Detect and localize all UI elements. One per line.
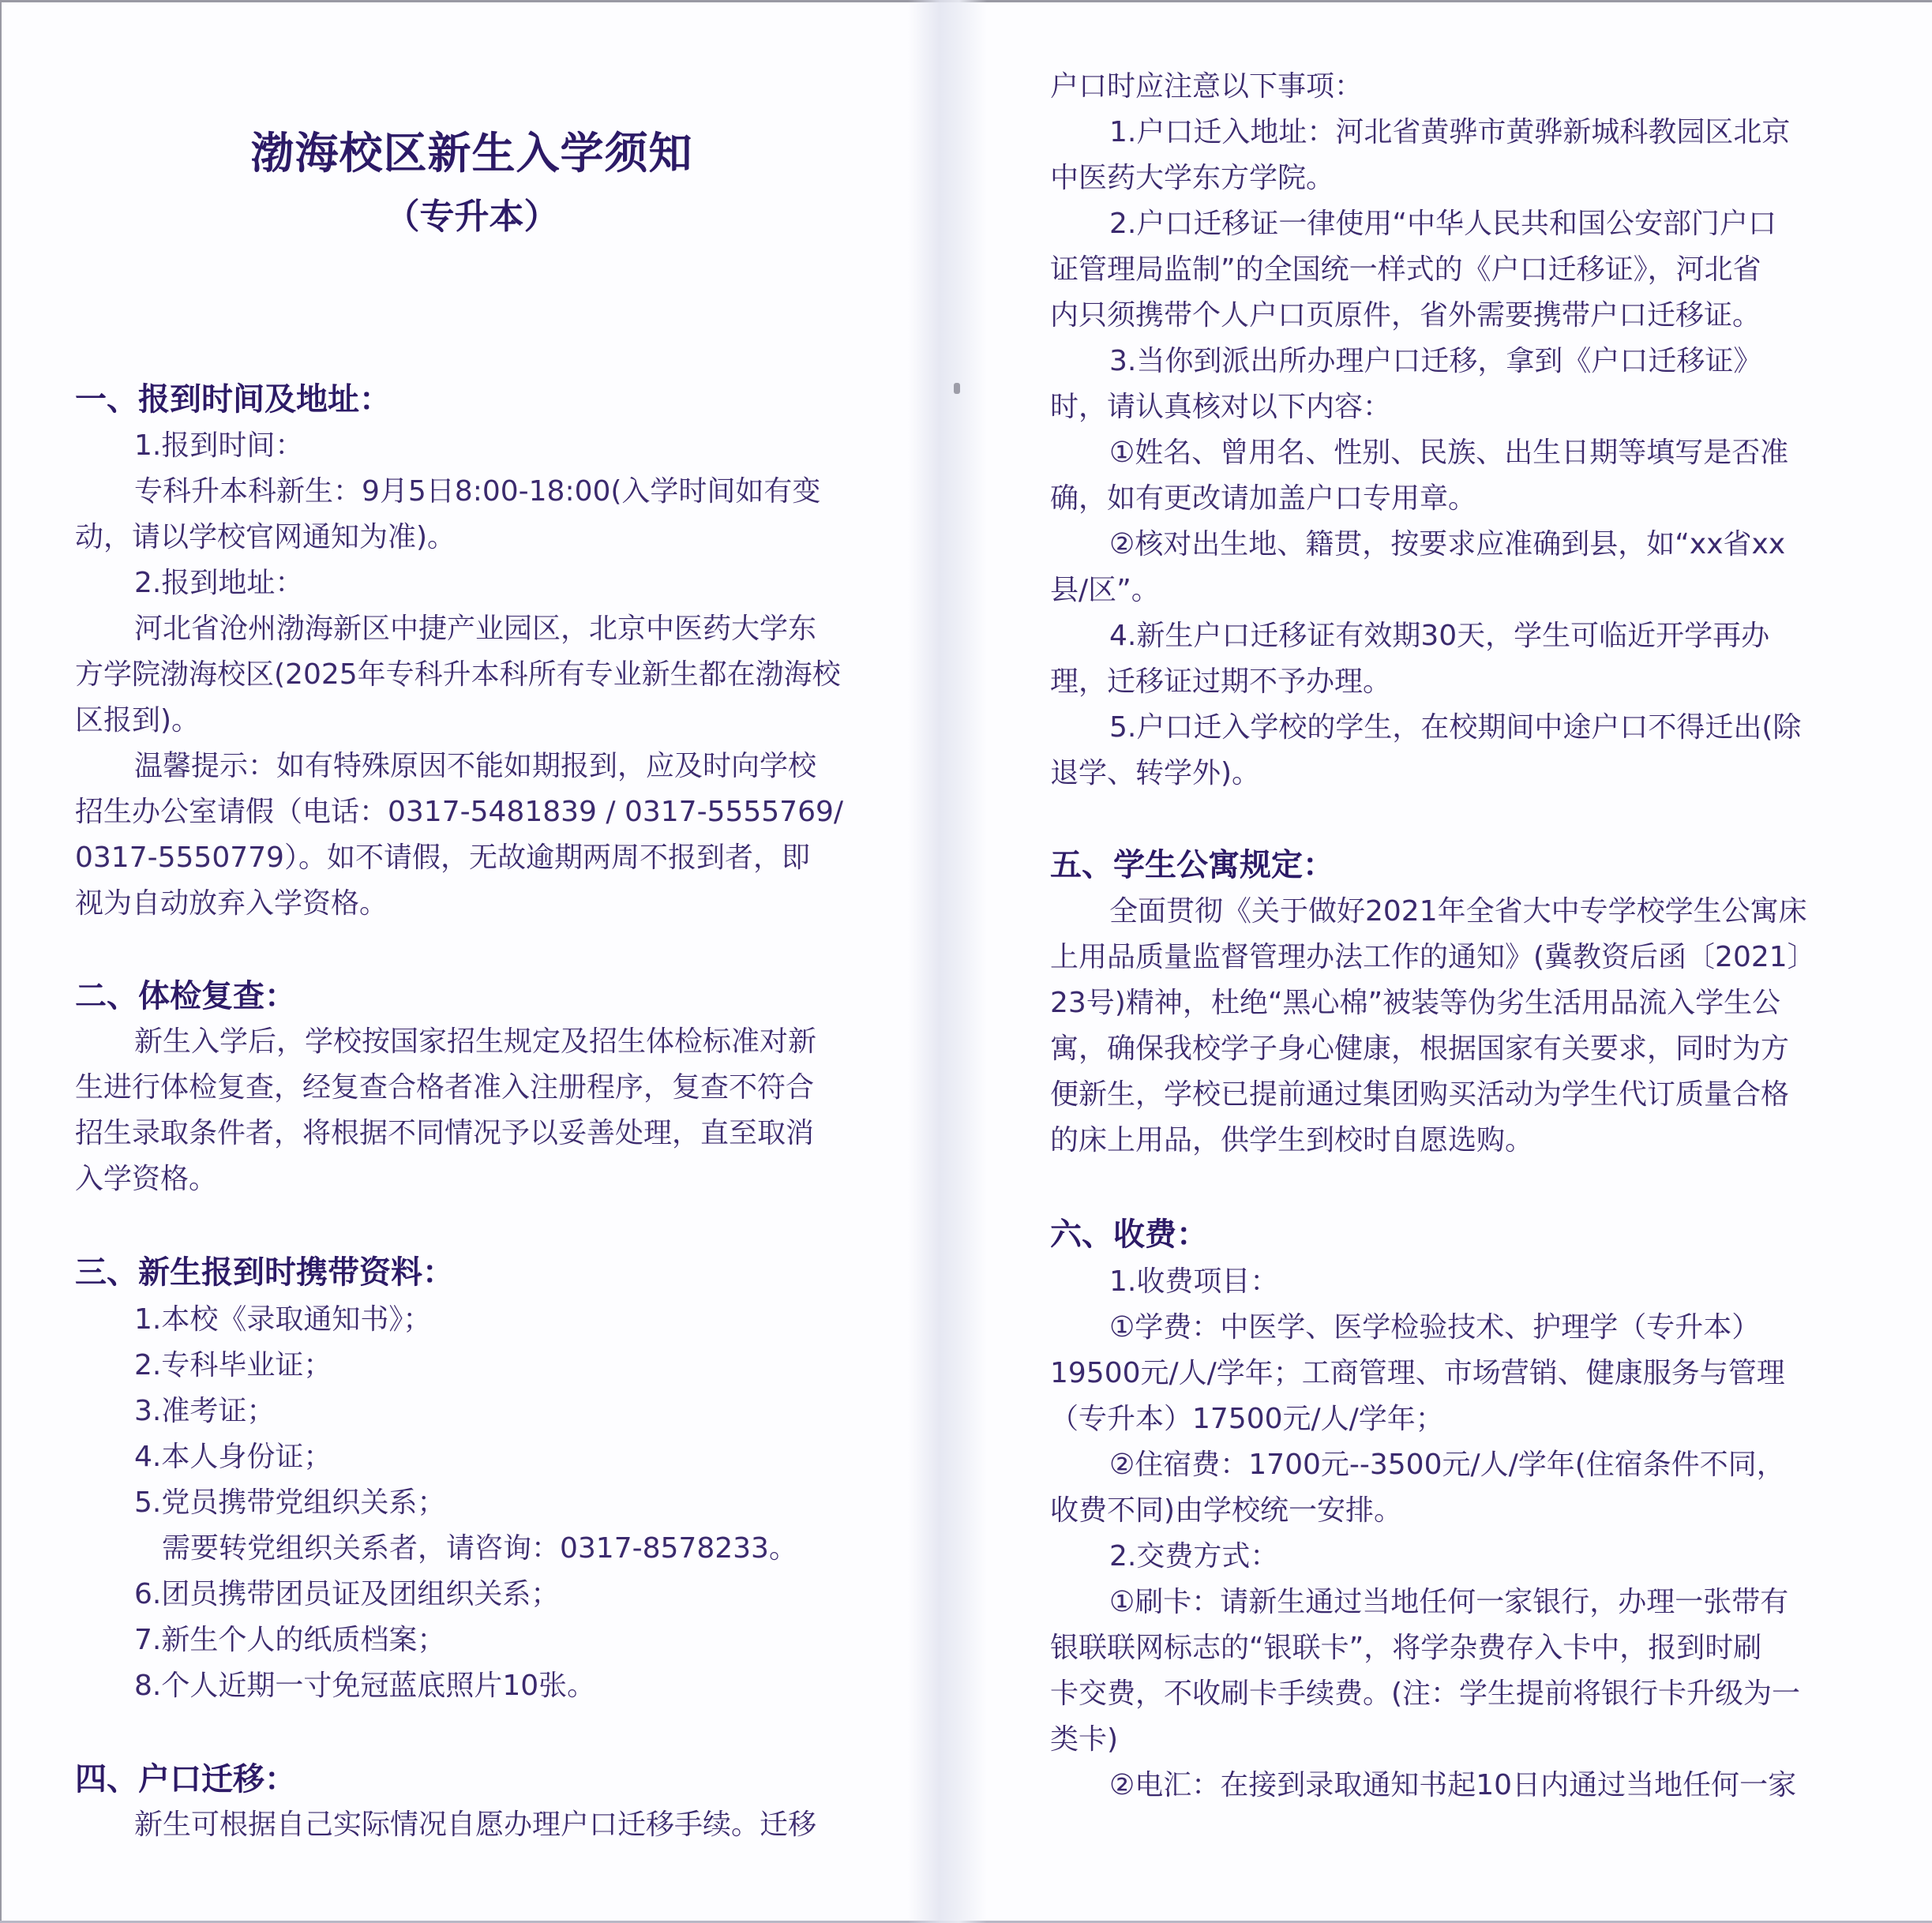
list-item: 5.党员携带党组织关系； xyxy=(134,1487,445,1519)
text-line: 内只须携带个人户口页原件，省外需要携带户口迁移证。 xyxy=(1050,300,1761,332)
text-line: 温馨提示：如有特殊原因不能如期报到，应及时向学校 xyxy=(134,751,816,782)
section-heading-household-registration: 四、户口迁移： xyxy=(75,1762,296,1797)
text-line: 银联联网标志的“银联卡”，将学杂费存入卡中，报到时刷 xyxy=(1050,1632,1761,1664)
text-line: 卡交费，不收刷卡手续费。(注：学生提前将银行卡升级为一 xyxy=(1050,1678,1800,1710)
text-line: ①姓名、曾用名、性别、民族、出生日期等填写是否准 xyxy=(1109,437,1788,469)
text-line: 便新生，学校已提前通过集团购买活动为学生代订质量合格 xyxy=(1050,1079,1789,1111)
text-line: 19500元/人/学年；工商管理、市场营销、健康服务与管理 xyxy=(1050,1358,1785,1389)
text-line: ②住宿费：1700元--3500元/人/学年(住宿条件不同， xyxy=(1109,1449,1785,1481)
list-item: 7.新生个人的纸质档案； xyxy=(134,1625,445,1656)
list-item-note: 需要转党组织关系者，请咨询：0317-8578233。 xyxy=(162,1533,797,1565)
section-heading-health-check: 二、体检复查： xyxy=(75,979,296,1014)
scan-border-left xyxy=(0,0,2,1923)
text-line: 中医药大学东方学院。 xyxy=(1050,163,1334,194)
text-line: 2.报到地址： xyxy=(134,568,303,599)
text-line: 0317-5550779）。如不请假，无故逾期两周不报到者，即 xyxy=(75,842,810,874)
text-line: 2.交费方式： xyxy=(1109,1541,1278,1573)
text-line: 的床上用品，供学生到校时自愿选购。 xyxy=(1050,1125,1533,1156)
text-line: 证管理局监制”的全国统一样式的《户口迁移证》，河北省 xyxy=(1050,254,1761,286)
text-line: 退学、转学外)。 xyxy=(1050,758,1260,789)
text-line: ②核对出生地、籍贯，按要求应准确到县，如“xx省xx xyxy=(1109,529,1785,560)
text-line: 全面贯彻《关于做好2021年全省大中专学校学生公寓床 xyxy=(1109,896,1807,928)
text-line: 户口时应注意以下事项： xyxy=(1050,71,1363,103)
document-title: 渤海校区新生入学须知 xyxy=(75,118,868,181)
list-item: 1.本校《录取通知书》； xyxy=(134,1304,431,1336)
section-heading-documents: 三、新生报到时携带资料： xyxy=(75,1255,454,1290)
section-heading-fees: 六、收费： xyxy=(1050,1217,1208,1252)
text-line: 1.收费项目： xyxy=(1109,1266,1278,1298)
text-line: 县/区”。 xyxy=(1050,575,1160,606)
text-line: 入学资格。 xyxy=(75,1164,217,1195)
text-line: 时，请认真核对以下内容： xyxy=(1050,392,1391,423)
text-line: 方学院渤海校区(2025年专科升本科所有专业新生都在渤海校 xyxy=(75,659,841,691)
list-item: 8.个人近期一寸免冠蓝底照片10张。 xyxy=(134,1670,595,1702)
text-line: 新生可根据自己实际情况自愿办理户口迁移手续。迁移 xyxy=(134,1809,816,1841)
text-line: 23号)精神，杜绝“黑心棉”被装等伪劣生活用品流入学生公 xyxy=(1050,988,1780,1019)
text-line: 寓，确保我校学子身心健康，根据国家有关要求，同时为方 xyxy=(1050,1033,1789,1065)
list-item: 4.本人身份证； xyxy=(134,1441,332,1473)
list-item: 6.团员携带团员证及团组织关系； xyxy=(134,1579,559,1610)
text-line: 生进行体检复查，经复查合格者准入注册程序，复查不符合 xyxy=(75,1072,814,1104)
text-line: 2.户口迁移证一律使用“中华人民共和国公安部门户口 xyxy=(1109,208,1776,240)
text-line: ②电汇：在接到录取通知书起10日内通过当地任何一家 xyxy=(1109,1770,1796,1801)
text-line: 收费不同)由学校统一安排。 xyxy=(1050,1495,1402,1527)
text-line: 3.当你到派出所办理户口迁移，拿到《户口迁移证》 xyxy=(1109,346,1761,377)
section-heading-registration: 一、报到时间及地址： xyxy=(75,382,391,417)
list-item: 2.专科毕业证； xyxy=(134,1350,332,1381)
text-line: 新生入学后，学校按国家招生规定及招生体检标准对新 xyxy=(134,1026,816,1058)
text-line: 区报到)。 xyxy=(75,705,200,737)
staple-mark xyxy=(954,383,960,394)
section-heading-dormitory: 五、学生公寓规定： xyxy=(1050,848,1334,883)
text-line: 1.报到时间： xyxy=(134,430,303,462)
page-fold-shadow xyxy=(908,0,987,1923)
text-line: 招生办公室请假（电话：0317-5481839 / 0317-5555769/ xyxy=(75,797,843,828)
text-line: 确，如有更改请加盖户口专用章。 xyxy=(1050,483,1476,515)
text-line: ①刷卡：请新生通过当地任何一家银行，办理一张带有 xyxy=(1109,1587,1788,1618)
text-line: 1.户口迁入地址：河北省黄骅市黄骅新城科教园区北京 xyxy=(1109,117,1790,148)
text-line: 视为自动放弃入学资格。 xyxy=(75,888,388,920)
text-line: 上用品质量监督管理办法工作的通知》(冀教资后函〔2021〕 xyxy=(1050,942,1816,973)
list-item: 3.准考证； xyxy=(134,1396,275,1427)
text-line: 理，迁移证过期不予办理。 xyxy=(1050,666,1391,698)
text-line: ①学费：中医学、医学检验技术、护理学（专升本） xyxy=(1109,1312,1760,1344)
text-line: 4.新生户口迁移证有效期30天，学生可临近开学再办 xyxy=(1109,620,1769,652)
document-subtitle: （专升本） xyxy=(75,188,868,238)
text-line: （专升本）17500元/人/学年； xyxy=(1050,1404,1444,1435)
text-line: 类卡) xyxy=(1050,1724,1118,1756)
text-line: 河北省沧州渤海新区中捷产业园区，北京中医药大学东 xyxy=(134,613,816,645)
text-line: 5.户口迁入学校的学生，在校期间中途户口不得迁出(除 xyxy=(1109,712,1801,744)
text-line: 动，请以学校官网通知为准)。 xyxy=(75,522,456,553)
text-line: 招生录取条件者，将根据不同情况予以妥善处理，直至取消 xyxy=(75,1118,814,1149)
text-line: 专科升本科新生：9月5日8:00-18:00(入学时间如有变 xyxy=(134,476,820,508)
